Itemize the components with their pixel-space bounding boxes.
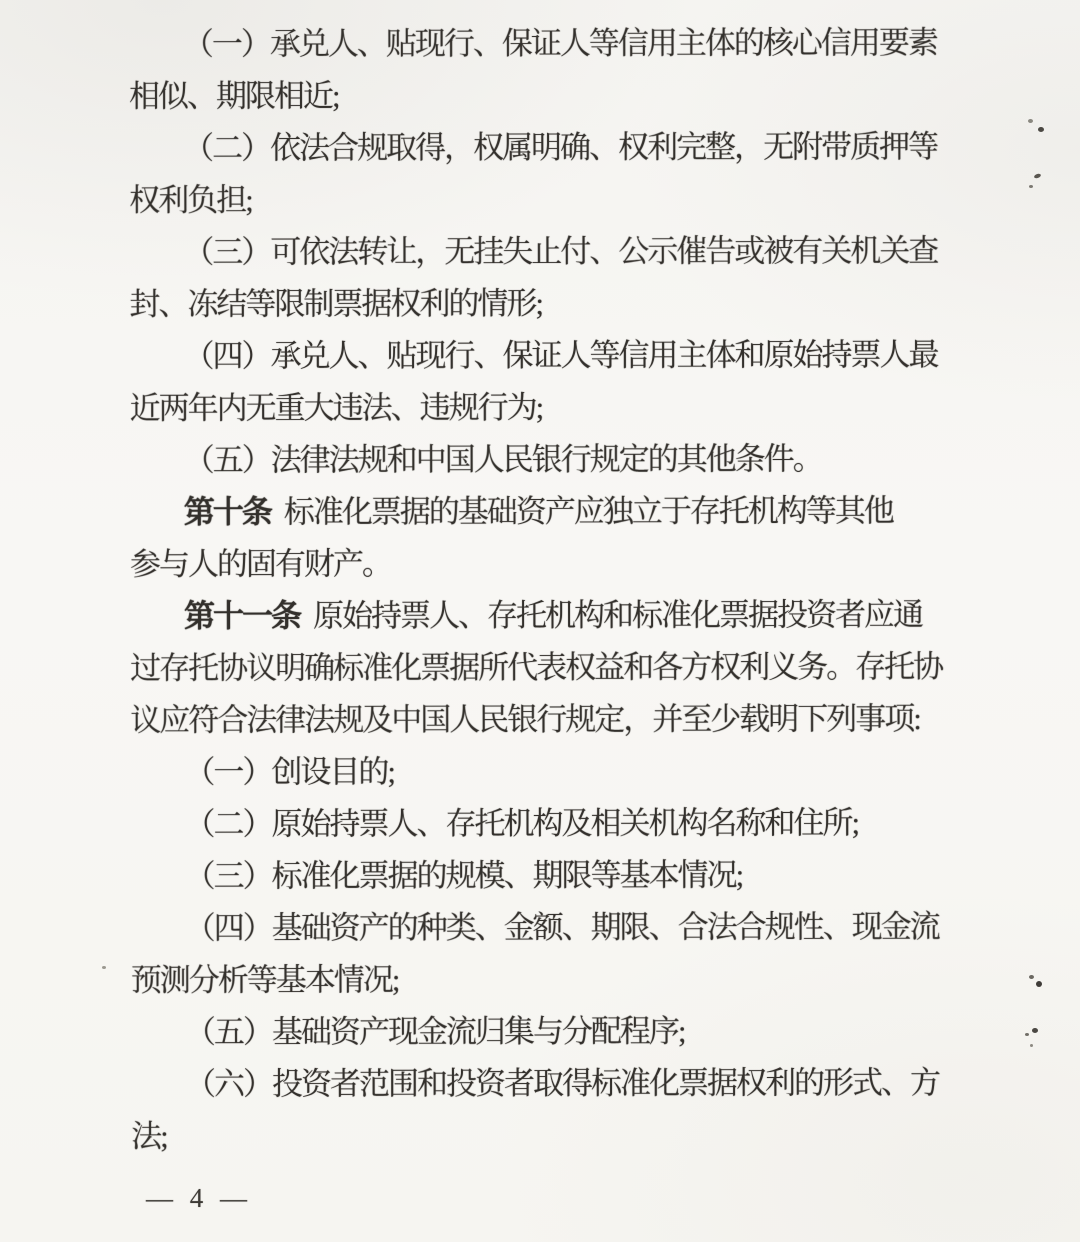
line-text: （二）依法合规取得，权属明确、权利完整，无附带质押等: [183, 129, 937, 166]
line-text: 原始持票人、存托机构和标准化票据投资者应通: [313, 597, 922, 633]
page-number: — 4 —: [146, 1172, 252, 1224]
line-text: 议应符合法律法规及中国人民银行规定，并至少载明下列事项:: [130, 701, 920, 738]
line-text: （四）基础资产的种类、金额、期限、合法合规性、现金流: [185, 909, 939, 946]
doc-line: （六）投资者范围和投资者取得标准化票据权利的形式、方: [131, 1057, 971, 1111]
ink-speck: [1028, 119, 1033, 123]
ink-speck: [1029, 185, 1033, 188]
line-text: （五）基础资产现金流归集与分配程序;: [185, 1014, 685, 1050]
ink-speck: [1032, 1028, 1038, 1033]
line-text: （四）承兑人、贴现行、保证人等信用主体和原始持票人最: [183, 337, 937, 374]
line-text: （一）创设目的;: [184, 754, 394, 789]
doc-line: （五）基础资产现金流归集与分配程序;: [131, 1005, 971, 1059]
line-text: （一）承兑人、贴现行、保证人等信用主体的核心信用要素: [183, 25, 937, 62]
article-10-number: 第十条: [184, 495, 271, 530]
document-text-block: （一）承兑人、贴现行、保证人等信用主体的核心信用要素 相似、期限相近; （二）依…: [0, 17, 1080, 1163]
doc-line: （一）承兑人、贴现行、保证人等信用主体的核心信用要素: [129, 17, 969, 71]
ink-speck: [1036, 981, 1042, 987]
article-11-number: 第十一条: [184, 599, 300, 634]
doc-line: （四）承兑人、贴现行、保证人等信用主体和原始持票人最: [129, 329, 969, 383]
doc-line: 相似、期限相近;: [129, 69, 969, 123]
doc-line: （一）创设目的;: [130, 745, 970, 799]
doc-line: 封、冻结等限制票据权利的情形;: [129, 277, 969, 331]
article-10-line: 第十条标准化票据的基础资产应独立于存托机构等其他: [130, 485, 970, 539]
line-text: 预测分析等基本情况;: [131, 962, 399, 998]
doc-line: 过存托协议明确标准化票据所代表权益和各方权利义务。存托协: [130, 641, 970, 695]
doc-line: （五）法律法规和中国人民银行规定的其他条件。: [130, 433, 970, 487]
line-text: （三）标准化票据的规模、期限等基本情况;: [185, 858, 743, 894]
doc-line: （三）标准化票据的规模、期限等基本情况;: [131, 849, 971, 903]
line-text: （六）投资者范围和投资者取得标准化票据权利的形式、方: [185, 1065, 939, 1102]
line-text: 近两年内无重大违法、违规行为;: [130, 390, 543, 426]
doc-line: 参与人的固有财产。: [130, 537, 970, 591]
doc-line: （四）基础资产的种类、金额、期限、合法合规性、现金流: [131, 901, 971, 955]
line-text: （五）法律法规和中国人民银行规定的其他条件。: [184, 441, 822, 477]
doc-line: 预测分析等基本情况;: [131, 953, 971, 1007]
line-text: 权利负担;: [129, 183, 252, 218]
ink-speck: [1038, 127, 1044, 132]
ink-speck: [1030, 1044, 1033, 1047]
scanned-document-page: （一）承兑人、贴现行、保证人等信用主体的核心信用要素 相似、期限相近; （二）依…: [0, 0, 1080, 1242]
doc-line: （二）依法合规取得，权属明确、权利完整，无附带质押等: [129, 121, 969, 175]
doc-line: 法;: [131, 1109, 971, 1163]
article-11-line: 第十一条原始持票人、存托机构和标准化票据投资者应通: [130, 589, 970, 643]
line-text: 法;: [131, 1119, 167, 1154]
line-text: 相似、期限相近;: [129, 78, 339, 113]
line-text: 过存托协议明确标准化票据所代表权益和各方权利义务。存托协: [130, 649, 942, 686]
line-text: （三）可依法转让，无挂失止付、公示催告或被有关机关查: [183, 233, 937, 270]
line-text: （二）原始持票人、存托机构及相关机构名称和住所;: [184, 805, 858, 841]
doc-line: （三）可依法转让，无挂失止付、公示催告或被有关机关查: [129, 225, 969, 279]
ink-speck: [102, 966, 106, 969]
doc-line: （二）原始持票人、存托机构及相关机构名称和住所;: [130, 797, 970, 851]
line-text: 参与人的固有财产。: [130, 546, 391, 582]
doc-line: 议应符合法律法规及中国人民银行规定，并至少载明下列事项:: [130, 693, 970, 747]
line-text: 标准化票据的基础资产应独立于存托机构等其他: [284, 493, 893, 529]
ink-speck: [1029, 975, 1034, 979]
doc-line: 权利负担;: [129, 173, 969, 227]
doc-line: 近两年内无重大违法、违规行为;: [130, 381, 970, 435]
ink-speck: [1025, 1033, 1029, 1036]
line-text: 封、冻结等限制票据权利的情形;: [129, 286, 542, 322]
